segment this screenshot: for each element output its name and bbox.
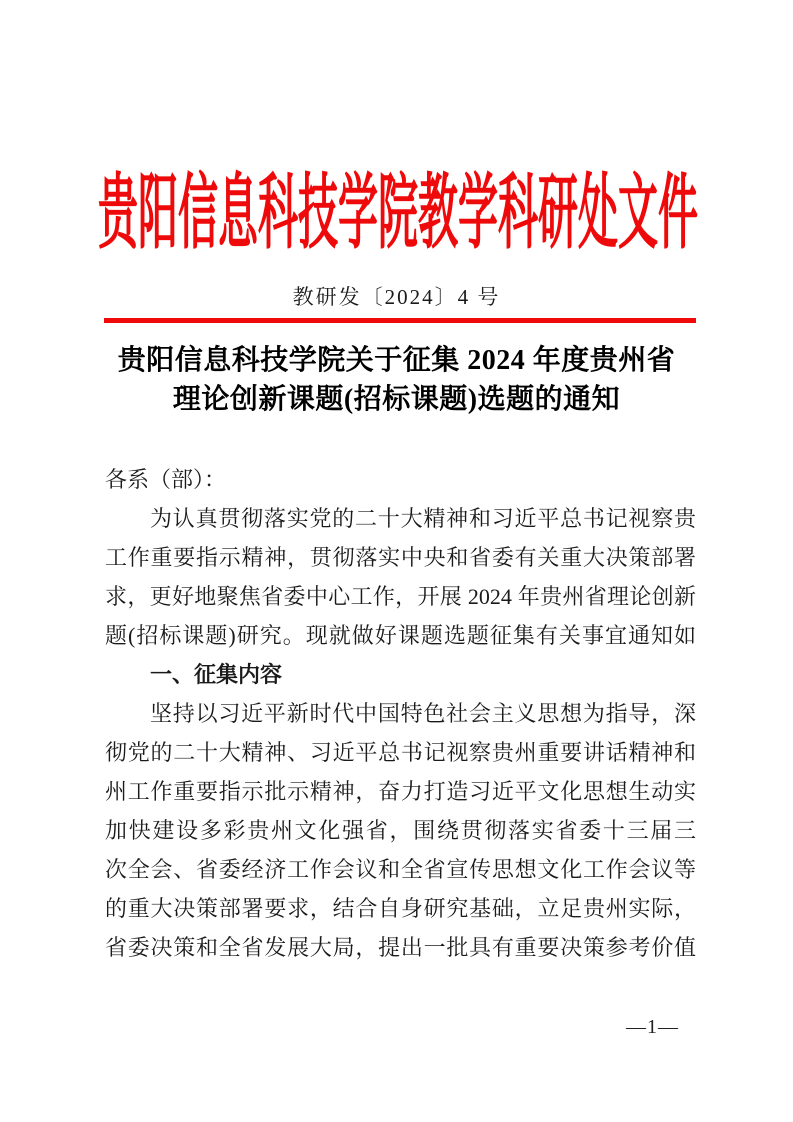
letterhead-title: 贵阳信息科技学院教学科研处文件 [98, 148, 698, 265]
body-line: 各系（部）： [105, 460, 696, 499]
body-line: 州工作重要指示批示精神，奋力打造习近平文化思想生动实践地， [105, 772, 696, 811]
body-line: 题(招标课题)研究。现就做好课题选题征集有关事宜通知如下： [105, 616, 696, 655]
section-heading: 一、征集内容 [105, 655, 696, 694]
body-text: 各系（部）：为认真贯彻落实党的二十大精神和习近平总书记视察贵州工作重要指示精神，… [105, 460, 696, 967]
body-line: 为认真贯彻落实党的二十大精神和习近平总书记视察贵州 [105, 499, 696, 538]
page-number: —1— [626, 1016, 679, 1039]
body-line: 坚持以习近平新时代中国特色社会主义思想为指导，深入贯 [105, 694, 696, 733]
body-line: 次全会、省委经济工作会议和全省宣传思想文化工作会议等提出 [105, 850, 696, 889]
document-title-line-1: 贵阳信息科技学院关于征集 2024 年度贵州省 [85, 341, 708, 380]
body-line: 彻党的二十大精神、习近平总书记视察贵州重要讲话精神和对贵 [105, 733, 696, 772]
body-line: 求，更好地聚焦省委中心工作，开展 2024 年贵州省理论创新课 [105, 577, 696, 616]
document-title-line-2: 理论创新课题(招标课题)选题的通知 [85, 380, 708, 419]
document-number: 教研发〔2024〕4 号 [0, 281, 793, 311]
document-page: 贵阳信息科技学院教学科研处文件 教研发〔2024〕4 号 贵阳信息科技学院关于征… [0, 0, 793, 1122]
body-line: 工作重要指示精神，贯彻落实中央和省委有关重大决策部署要 [105, 538, 696, 577]
red-divider-line [104, 318, 696, 323]
letterhead-banner: 贵阳信息科技学院教学科研处文件 [96, 160, 700, 252]
body-line: 省委决策和全省发展大局，提出一批具有重要决策参考价值和实 [105, 928, 696, 967]
document-title: 贵阳信息科技学院关于征集 2024 年度贵州省 理论创新课题(招标课题)选题的通… [85, 341, 708, 419]
body-line: 加快建设多彩贵州文化强省，围绕贯彻落实省委十三届三次、四 [105, 811, 696, 850]
body-line: 的重大决策部署要求，结合自身研究基础，立足贵州实际，服务 [105, 889, 696, 928]
